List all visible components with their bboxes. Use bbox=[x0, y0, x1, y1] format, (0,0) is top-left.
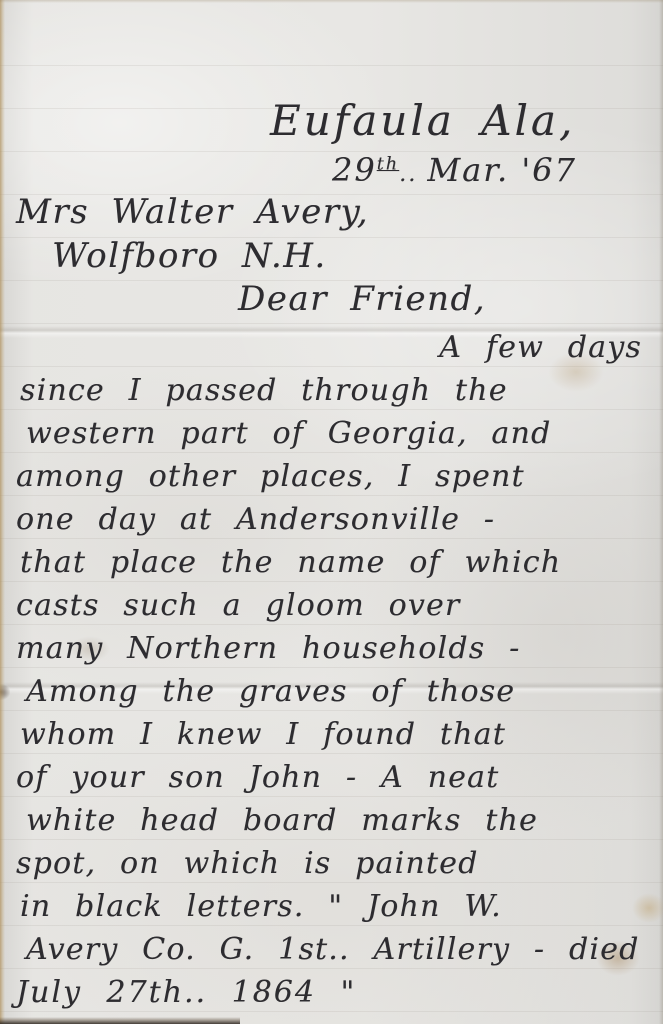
letter-line: A few days bbox=[16, 328, 650, 371]
letter-line: of your son John - A neat bbox=[16, 758, 650, 801]
letter-body: A few dayssince I passed through thewest… bbox=[16, 328, 650, 1016]
letter-line: western part of Georgia, and bbox=[26, 414, 650, 457]
dateline-date: 29th..Mar. '67 bbox=[332, 151, 577, 189]
dateline-dots: .. bbox=[399, 161, 417, 187]
salutation: Dear Friend, bbox=[238, 279, 486, 319]
letter-line: since I passed through the bbox=[20, 371, 650, 414]
letter-line: among other places, I spent bbox=[16, 457, 650, 500]
letter-line: Avery Co. G. 1st.. Artillery - died bbox=[26, 930, 650, 973]
letter-line: white head board marks the bbox=[26, 801, 650, 844]
letter-line: one day at Andersonville - bbox=[16, 500, 650, 543]
letter-line: in black letters. " John W. bbox=[20, 887, 650, 930]
dateline-month-year: Mar. '67 bbox=[427, 151, 576, 189]
paper-edge-bottom bbox=[0, 1017, 240, 1024]
letter-line: Among the graves of those bbox=[26, 672, 650, 715]
fold-crease-edge-notch bbox=[0, 684, 10, 700]
recipient-address: Wolfboro N.H. bbox=[52, 236, 327, 276]
letter-line: whom I knew I found that bbox=[20, 715, 650, 758]
letter-line: July 27th.. 1864 " bbox=[16, 973, 650, 1016]
dateline-place: Eufaula Ala, bbox=[270, 96, 575, 145]
dateline-day: 29 bbox=[332, 151, 377, 189]
recipient-name: Mrs Walter Avery, bbox=[16, 192, 369, 232]
paper-edge-right bbox=[659, 0, 663, 1024]
letter-line: many Northern households - bbox=[16, 629, 650, 672]
paper-edge-top bbox=[0, 0, 663, 3]
letter-line: spot, on which is painted bbox=[16, 844, 650, 887]
letter-line: that place the name of which bbox=[20, 543, 650, 586]
letter-line: casts such a gloom over bbox=[16, 586, 650, 629]
paper-edge-left bbox=[0, 0, 5, 1024]
letter-page: Eufaula Ala, 29th..Mar. '67 Mrs Walter A… bbox=[0, 0, 663, 1024]
dateline-ordinal: th bbox=[377, 154, 399, 174]
